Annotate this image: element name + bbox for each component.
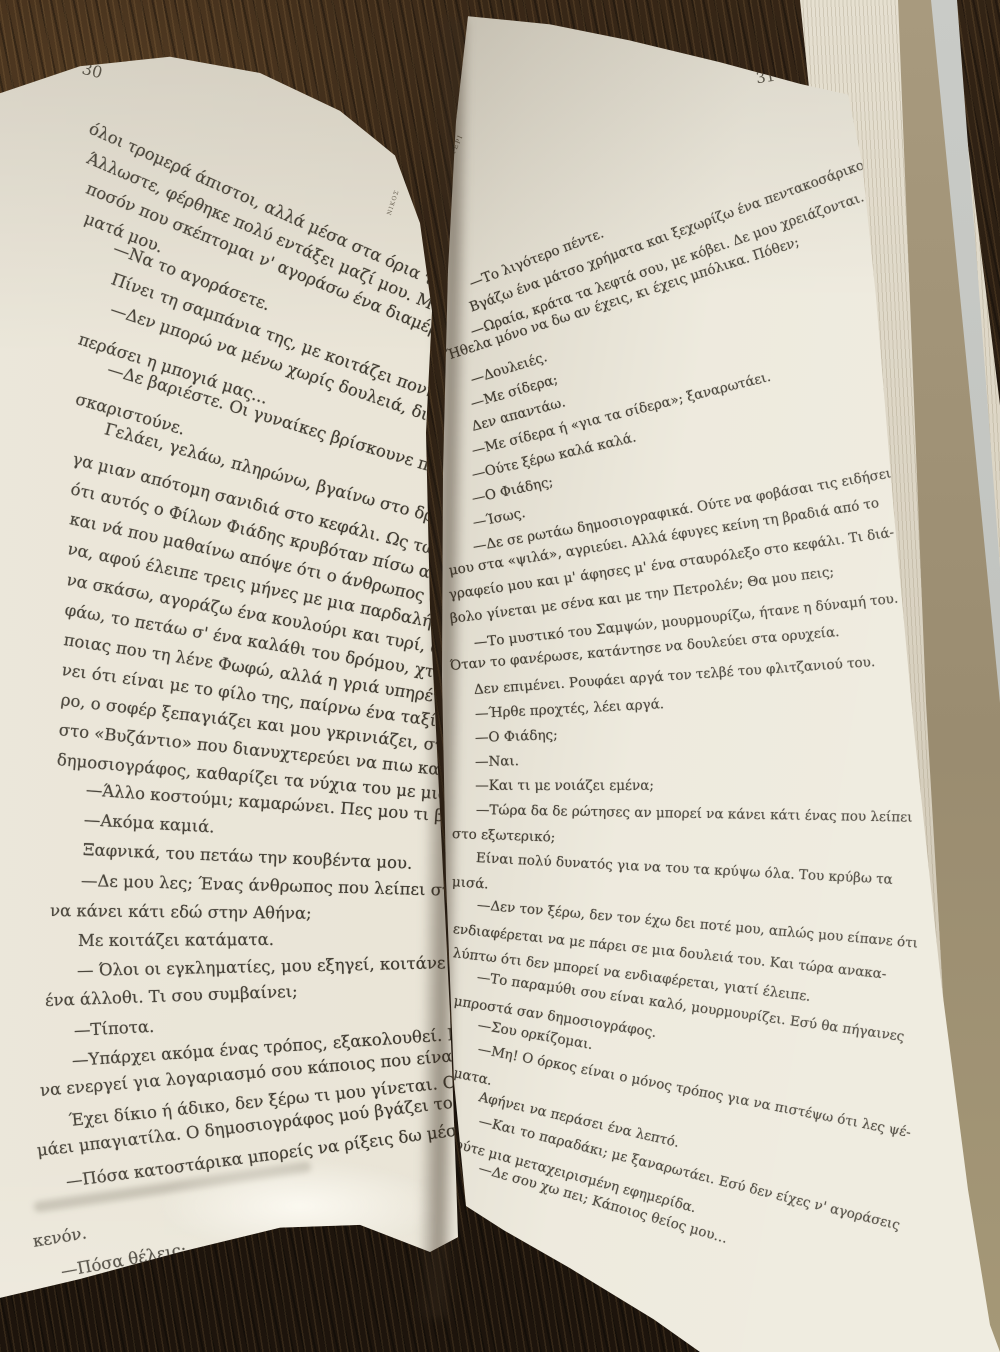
- text-line: Είναι πολύ δυνατός για να του τα κρύψω ό…: [476, 850, 894, 888]
- text-line: —Ίσως.: [471, 505, 526, 531]
- text-line: —Ο Φιάδης;: [474, 727, 557, 746]
- text-line: ματα.: [453, 1065, 494, 1089]
- text-line: —Μη! Ο όρκος είναι ο μόνος τρόπος για να…: [476, 1041, 912, 1141]
- text-line: —Και τι με νοιάζει εμένα;: [475, 778, 654, 794]
- text-line: Ξαφνικά, του πετάω την κουβέντα μου.: [82, 840, 412, 873]
- book-photo-scene: 30 ΝΙΚΟΣ όλοι τρομερά άπιστοι, αλλά μέσα…: [0, 0, 1000, 1352]
- text-line: —Ακόμα καμιά.: [84, 810, 216, 836]
- text-line: ένα άλλοθι. Τι σου συμβαίνει;: [45, 982, 298, 1010]
- text-line: —Τίποτα.: [73, 1017, 154, 1040]
- running-head-fragment-left: ΝΙΚΟΣ: [386, 189, 401, 216]
- text-line: κενόν.: [31, 1223, 87, 1250]
- text-line: να κάνει κάτι εδώ στην Αθήνα;: [50, 901, 312, 923]
- text-line: —Ήρθε προχτές, λέει αργά.: [474, 696, 664, 722]
- text-line: —Ναι.: [475, 753, 519, 770]
- text-line: στο εξωτερικό;: [451, 826, 555, 846]
- text-line: Με κοιτάζει κατάματα.: [78, 930, 274, 950]
- text-line: μισά.: [452, 874, 490, 893]
- text-line: —Τώρα δα δε ρώτησες αν μπορεί να κάνει κ…: [475, 802, 912, 826]
